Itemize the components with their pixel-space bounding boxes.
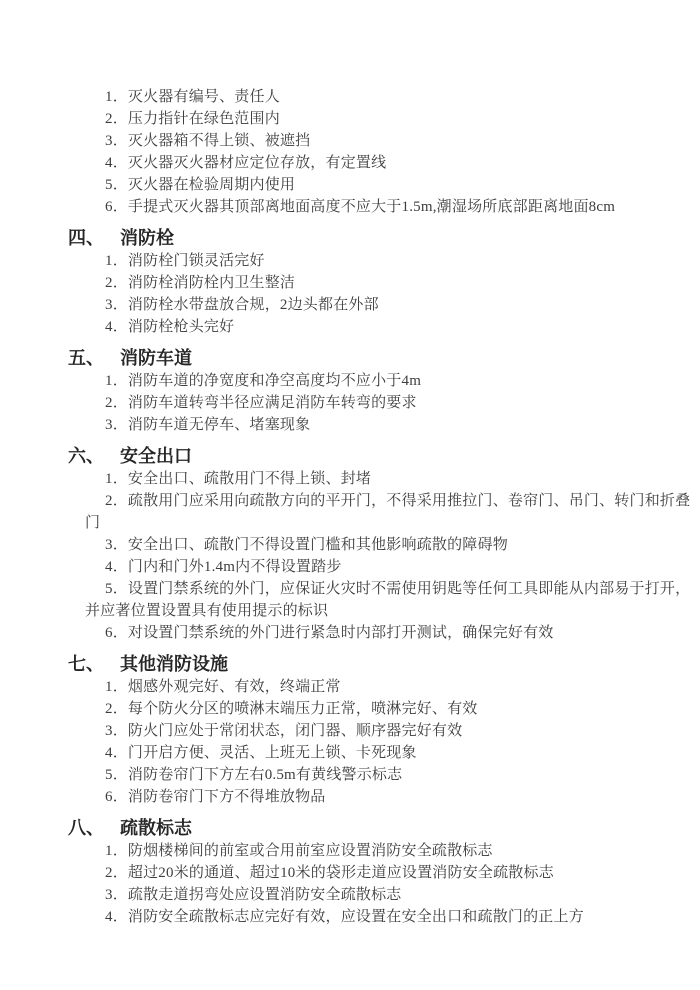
list-item: 3．安全出口、疏散门不得设置门槛和其他影响疏散的障碍物: [85, 534, 697, 556]
list-item: 3．消防车道无停车、堵塞现象: [85, 414, 697, 436]
list-item: 3．防火门应处于常闭状态，闭门器、顺序器完好有效: [85, 720, 697, 742]
list-item: 6．消防卷帘门下方不得堆放物品: [85, 786, 697, 808]
list-item: 4．门开启方便、灵活、上班无上锁、卡死现象: [85, 742, 697, 764]
section: 六、安全出口1．安全出口、疏散用门不得上锁、封堵2．疏散用门应采用向疏散方向的平…: [0, 444, 700, 644]
section-number: 八、: [68, 818, 104, 838]
list-item: 6．对设置门禁系统的外门进行紧急时内部打开测试，确保完好有效: [85, 622, 697, 644]
section-title: 疏散标志: [120, 818, 192, 838]
section-number: 六、: [68, 446, 104, 466]
list-item: 1．安全出口、疏散用门不得上锁、封堵: [85, 468, 697, 490]
document-page: 1．灭火器有编号、责任人2．压力指针在绿色范围内3．灭火器箱不得上锁、被遮挡4．…: [0, 0, 700, 990]
section-heading: 六、安全出口: [68, 444, 700, 468]
list-item: 4．消防栓枪头完好: [85, 316, 697, 338]
list-item: 2．压力指针在绿色范围内: [85, 108, 697, 130]
list-item: 4．门内和门外1.4m内不得设置踏步: [85, 556, 697, 578]
list-item: 4．消防安全疏散标志应完好有效，应设置在安全出口和疏散门的正上方: [85, 906, 697, 928]
sections-container: 四、消防栓1．消防栓门锁灵活完好2．消防栓消防栓内卫生整洁3．消防栓水带盘放合规…: [0, 226, 700, 928]
section: 五、消防车道1．消防车道的净宽度和净空高度均不应小于4m2．消防车道转弯半径应满…: [0, 346, 700, 436]
section-number: 七、: [68, 654, 104, 674]
list-item: 1．消防栓门锁灵活完好: [85, 250, 697, 272]
list-item: 2．每个防火分区的喷淋末端压力正常，喷淋完好、有效: [85, 698, 697, 720]
list-item: 2．疏散用门应采用向疏散方向的平开门，不得采用推拉门、卷帘门、吊门、转门和折叠门: [85, 490, 697, 534]
document-content: 1．灭火器有编号、责任人2．压力指针在绿色范围内3．灭火器箱不得上锁、被遮挡4．…: [0, 0, 700, 928]
section-heading: 七、其他消防设施: [68, 652, 700, 676]
section-number: 五、: [68, 348, 104, 368]
list-item: 2．消防车道转弯半径应满足消防车转弯的要求: [85, 392, 697, 414]
list-item: 1．灭火器有编号、责任人: [85, 86, 697, 108]
section-heading: 四、消防栓: [68, 226, 700, 250]
section-heading: 八、疏散标志: [68, 816, 700, 840]
section-title: 消防车道: [120, 348, 192, 368]
list-item: 3．疏散走道拐弯处应设置消防安全疏散标志: [85, 884, 697, 906]
list-item: 2．超过20米的通道、超过10米的袋形走道应设置消防安全疏散标志: [85, 862, 697, 884]
section: 七、其他消防设施1．烟感外观完好、有效，终端正常2．每个防火分区的喷淋末端压力正…: [0, 652, 700, 808]
section-title: 其他消防设施: [120, 654, 228, 674]
section-heading: 五、消防车道: [68, 346, 700, 370]
list-item: 1．烟感外观完好、有效，终端正常: [85, 676, 697, 698]
list-item: 1．防烟楼梯间的前室或合用前室应设置消防安全疏散标志: [85, 840, 697, 862]
section: 四、消防栓1．消防栓门锁灵活完好2．消防栓消防栓内卫生整洁3．消防栓水带盘放合规…: [0, 226, 700, 338]
section: 八、疏散标志1．防烟楼梯间的前室或合用前室应设置消防安全疏散标志2．超过20米的…: [0, 816, 700, 928]
list-item: 2．消防栓消防栓内卫生整洁: [85, 272, 697, 294]
section-title: 消防栓: [120, 228, 174, 248]
list-item: 3．灭火器箱不得上锁、被遮挡: [85, 130, 697, 152]
list-item: 5．设置门禁系统的外门，应保证火灾时不需使用钥匙等任何工具即能从内部易于打开，并…: [85, 578, 697, 622]
list-item: 4．灭火器灭火器材应定位存放，有定置线: [85, 152, 697, 174]
section-title: 安全出口: [120, 446, 192, 466]
continuation-list: 1．灭火器有编号、责任人2．压力指针在绿色范围内3．灭火器箱不得上锁、被遮挡4．…: [0, 86, 700, 218]
list-item: 1．消防车道的净宽度和净空高度均不应小于4m: [85, 370, 697, 392]
list-item: 5．消防卷帘门下方左右0.5m有黄线警示标志: [85, 764, 697, 786]
list-item: 5．灭火器在检验周期内使用: [85, 174, 697, 196]
list-item: 3．消防栓水带盘放合规，2边头都在外部: [85, 294, 697, 316]
list-item: 6．手提式灭火器其顶部离地面高度不应大于1.5m,潮湿场所底部距离地面8cm: [85, 196, 697, 218]
section-number: 四、: [68, 228, 104, 248]
